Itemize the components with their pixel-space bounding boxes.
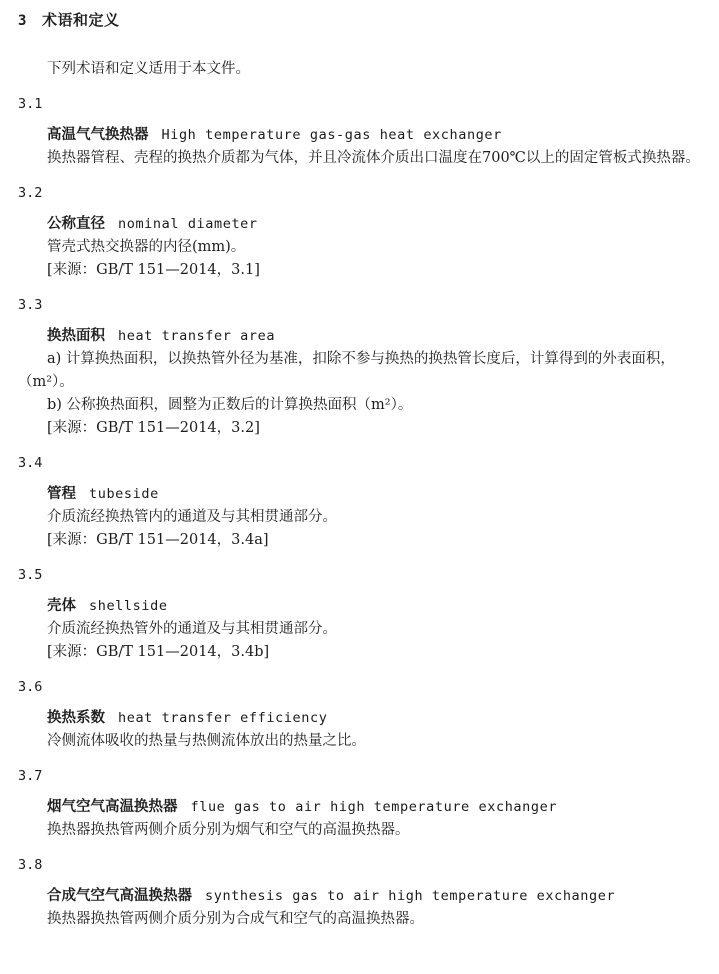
source-line: [来源：GB/T 151—2014，3.2] [18,417,700,440]
term-chinese: 公称直径 [47,216,105,232]
definition-paragraph: 介质流经换热管内的通道及与其相贯通部分。 [18,506,700,529]
source-line: [来源：GB/T 151—2014，3.4a] [18,529,700,552]
section-number: 3.6 [18,676,700,698]
term-section: 3.2 公称直径nominal diameter 管壳式热交换器的内径(mm)。… [18,182,700,282]
section-number: 3.5 [18,564,700,586]
term-chinese: 换热面积 [47,328,105,344]
term-english: nominal diameter [118,216,258,232]
term-english: heat transfer area [118,328,275,344]
definition-paragraph: 换热器换热管两侧介质分别为烟气和空气的高温换热器。 [18,819,700,842]
definition-paragraph: 介质流经换热管外的通道及与其相贯通部分。 [18,618,700,641]
heading-number: 3 [18,13,27,29]
term-section: 3.4 管程tubeside 介质流经换热管内的通道及与其相贯通部分。[来源：G… [18,452,700,552]
term-english: heat transfer efficiency [118,710,327,726]
section-number: 3.3 [18,294,700,316]
term-line: 换热面积heat transfer area [18,325,700,348]
definition-paragraph: 换热器换热管两侧介质分别为合成气和空气的高温换热器。 [18,908,700,931]
definition-paragraph: b) 公称换热面积，圆整为正数后的计算换热面积（m²）。 [18,394,700,417]
document-page: { "page": { "heading_number": "3", "head… [0,0,719,974]
section-number: 3.2 [18,182,700,204]
term-section: 3.3 换热面积heat transfer area a) 计算换热面积，以换热… [18,294,700,440]
source-line: [来源：GB/T 151—2014，3.1] [18,259,700,282]
term-english: synthesis gas to air high temperature ex… [205,888,615,904]
term-english: tubeside [89,486,159,502]
term-section: 3.5 壳体shellside 介质流经换热管外的通道及与其相贯通部分。[来源：… [18,564,700,664]
sections: 3.1 高温气气换热器High temperature gas-gas heat… [18,93,700,931]
term-line: 壳体shellside [18,595,700,618]
term-chinese: 壳体 [47,598,76,614]
term-section: 3.8 合成气空气高温换热器synthesis gas to air high … [18,854,700,931]
section-number: 3.4 [18,452,700,474]
term-line: 合成气空气高温换热器synthesis gas to air high temp… [18,885,700,908]
definition-paragraph: 冷侧流体吸收的热量与热侧流体放出的热量之比。 [18,730,700,753]
section-number: 3.8 [18,854,700,876]
section-number: 3.7 [18,765,700,787]
term-chinese: 换热系数 [47,710,105,726]
term-line: 烟气空气高温换热器flue gas to air high temperatur… [18,796,700,819]
section-number: 3.1 [18,93,700,115]
term-chinese: 合成气空气高温换热器 [47,888,192,904]
term-chinese: 高温气气换热器 [47,127,149,143]
definition-paragraph: 管壳式热交换器的内径(mm)。 [18,236,700,259]
term-english: High temperature gas-gas heat exchanger [162,127,502,143]
term-chinese: 管程 [47,486,76,502]
term-section: 3.1 高温气气换热器High temperature gas-gas heat… [18,93,700,170]
page-title: 3术语和定义 [18,9,700,32]
term-line: 换热系数heat transfer efficiency [18,707,700,730]
term-line: 高温气气换热器High temperature gas-gas heat exc… [18,124,700,147]
term-line: 公称直径nominal diameter [18,213,700,236]
definition-paragraph: a) 计算换热面积，以换热管外径为基准，扣除不参与换热的换热管长度后，计算得到的… [18,348,700,394]
term-line: 管程tubeside [18,483,700,506]
term-section: 3.7 烟气空气高温换热器flue gas to air high temper… [18,765,700,842]
intro-paragraph: 下列术语和定义适用于本文件。 [18,58,700,81]
heading-title: 术语和定义 [42,11,120,29]
term-english: flue gas to air high temperature exchang… [191,799,558,815]
term-section: 3.6 换热系数heat transfer efficiency 冷侧流体吸收的… [18,676,700,753]
definition-paragraph: 换热器管程、壳程的换热介质都为气体，并且冷流体介质出口温度在700℃以上的固定管… [18,147,700,170]
term-chinese: 烟气空气高温换热器 [47,799,178,815]
source-line: [来源：GB/T 151—2014，3.4b] [18,641,700,664]
term-english: shellside [89,598,168,614]
